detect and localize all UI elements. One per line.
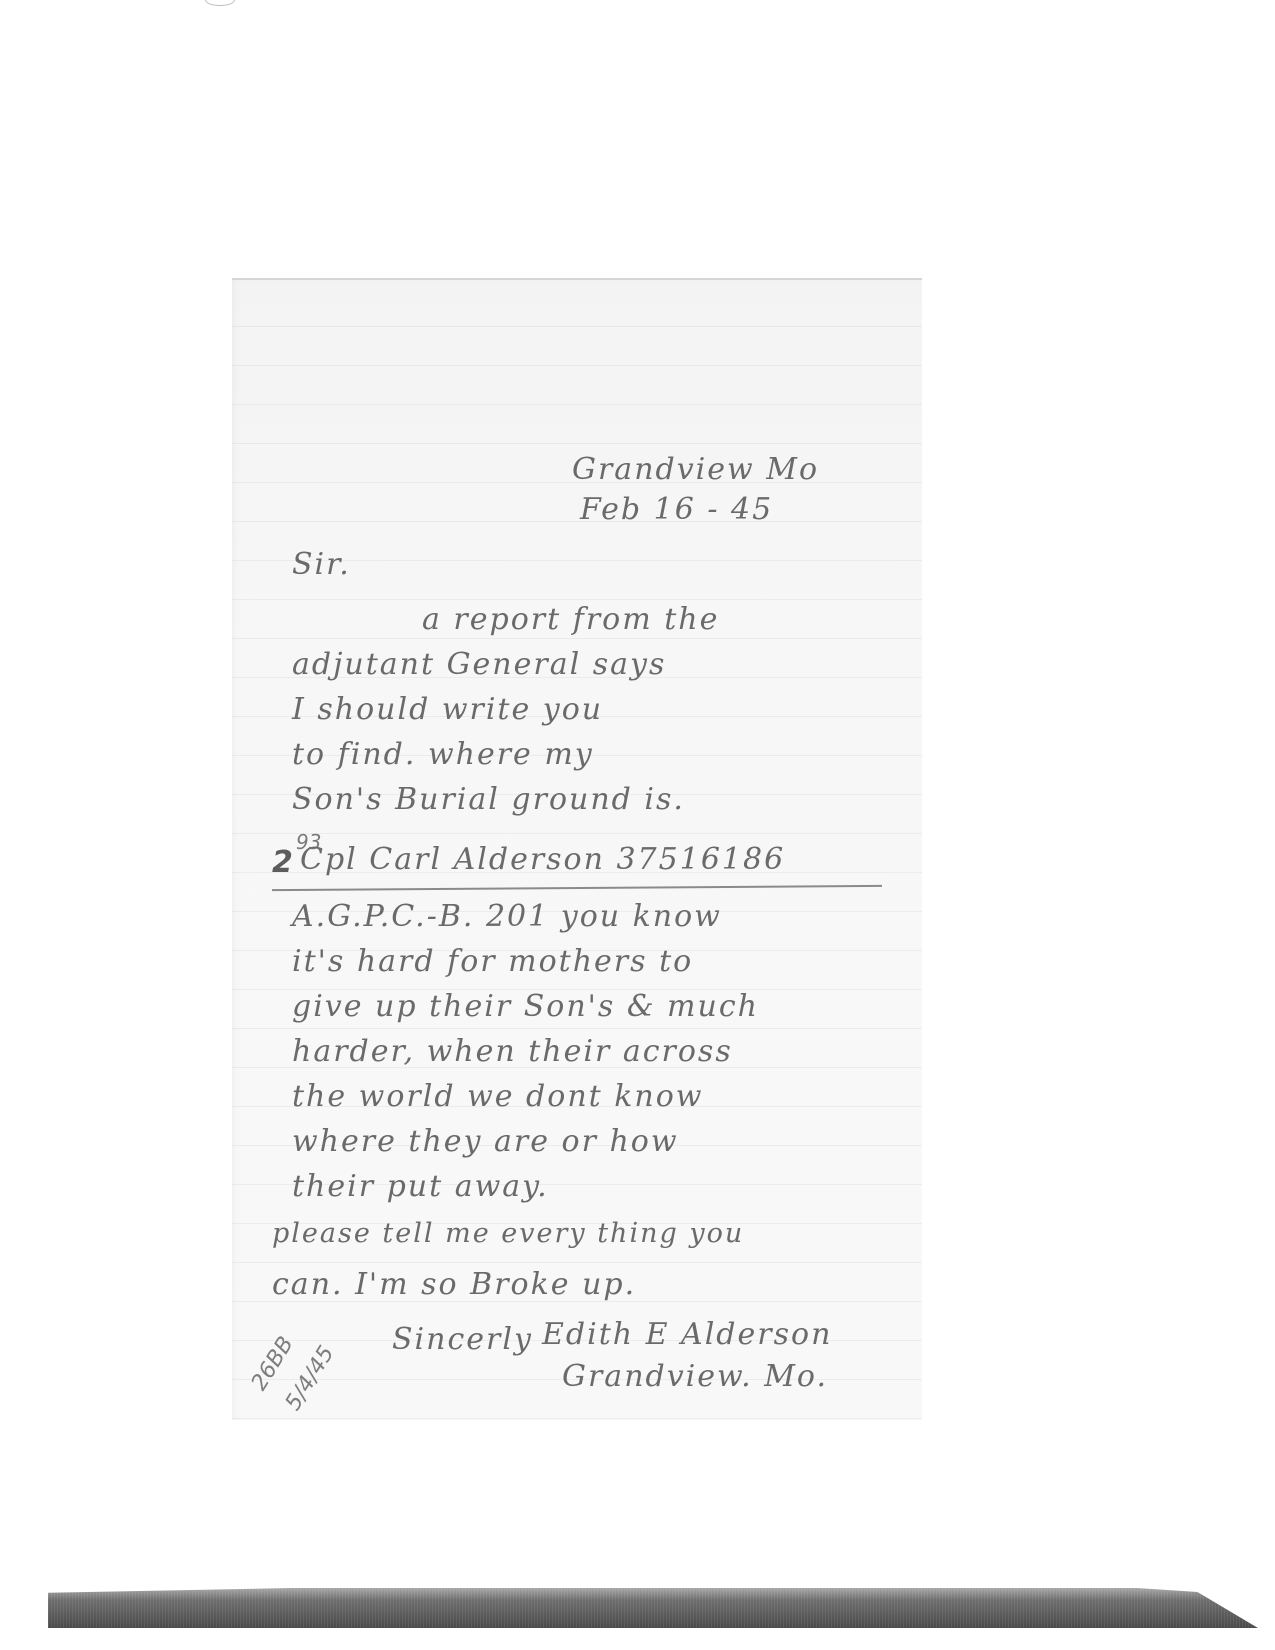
heading-date: Feb 16 - 45 [580,495,773,525]
body-line: adjutant General says [292,650,666,680]
signature: Edith E Alderson [542,1320,832,1350]
signature-place: Grandview. Mo. [562,1362,828,1392]
body-line: it's hard for mothers to [292,947,693,977]
scanner-edge-band [48,1588,1258,1628]
body-line: Son's Burial ground is. [292,785,685,815]
scanned-page: Grandview Mo Feb 16 - 45 Sir. a report f… [0,0,1275,1650]
body-line: harder, when their across [292,1037,733,1067]
salutation: Sir. [292,550,351,580]
body-line: I should write you [292,695,603,725]
reference-overwrite: 2 [272,845,293,880]
body-line: can. I'm so Broke up. [272,1270,636,1300]
body-line: their put away. [292,1172,549,1202]
closing: Sincerly [392,1325,533,1355]
body-line: where they are or how [292,1127,679,1157]
file-reference-line: A.G.P.C.-B. 201 you know [292,902,722,932]
body-line: give up their Son's & much [292,992,759,1022]
body-line: a report from the [422,605,719,635]
soldier-reference-line: Cpl Carl Alderson 37516186 [300,845,785,875]
scan-artifact-mark [205,0,235,6]
body-line: to find. where my [292,740,594,770]
heading-place: Grandview Mo [572,455,819,485]
body-line: please tell me every thing you [272,1220,744,1247]
body-line: the world we dont know [292,1082,703,1112]
letter-sheet: Grandview Mo Feb 16 - 45 Sir. a report f… [232,278,922,1420]
